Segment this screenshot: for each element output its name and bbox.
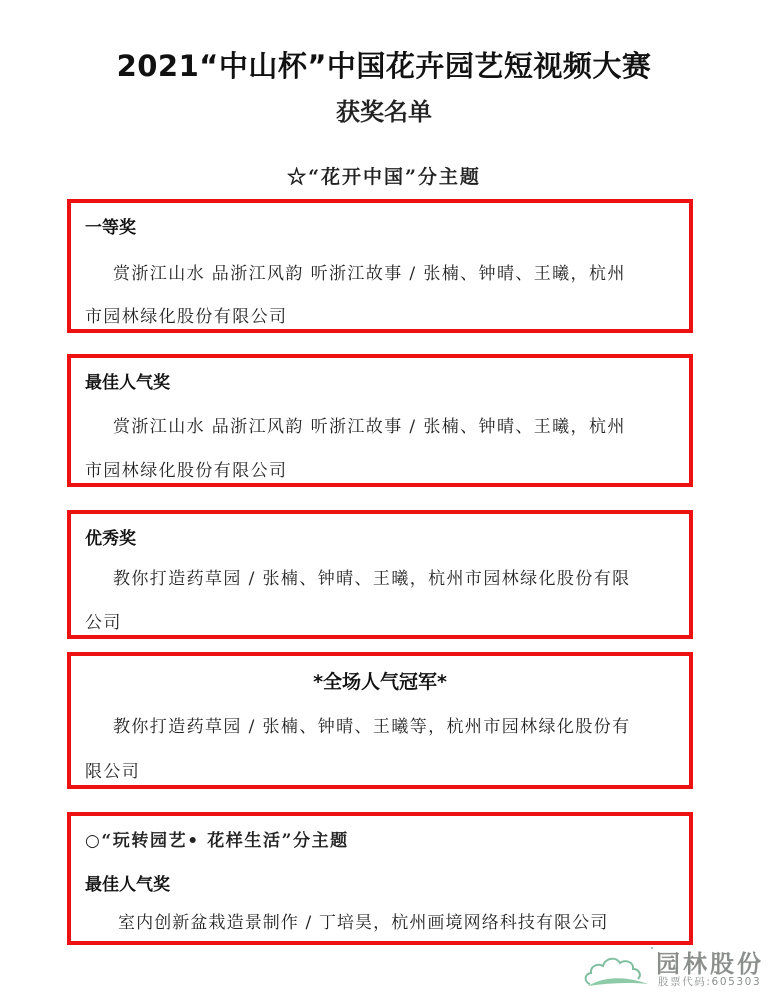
watermark-logo: 园林股份 股票代码:605303 — [580, 944, 768, 992]
award-title: 一等奖 — [85, 213, 136, 238]
award-title: 最佳人气奖 — [85, 368, 170, 393]
entry-line-continued: 市园林绿化股份有限公司 — [85, 302, 287, 327]
entry-line-continued: 市园林绿化股份有限公司 — [85, 456, 287, 481]
award-box-theme2: ○“玩转园艺• 花样生活”分主题 最佳人气奖 室内创新盆栽造景制作 / 丁培昊，… — [67, 812, 693, 945]
award-box-popularity: 最佳人气奖 赏浙江山水 品浙江风韵 听浙江故事 / 张楠、钟晴、王曦，杭州 市园… — [67, 354, 693, 487]
watermark-stock-code: 股票代码:605303 — [658, 974, 761, 989]
award-title: *全场人气冠军* — [71, 667, 689, 694]
entry-line: 教你打造药草园 / 张楠、钟晴、王曦等，杭州市园林绿化股份有 — [113, 712, 631, 737]
entry-line: 赏浙江山水 品浙江风韵 听浙江故事 / 张楠、钟晴、王曦，杭州 — [113, 259, 626, 284]
entry-line-continued: 限公司 — [85, 757, 140, 782]
page-subtitle: 获奖名单 — [0, 92, 768, 127]
theme-heading-gardening-life: ○“玩转园艺• 花样生活”分主题 — [85, 826, 349, 851]
award-box-first-prize: 一等奖 赏浙江山水 品浙江风韵 听浙江故事 / 张楠、钟晴、王曦，杭州 市园林绿… — [67, 199, 693, 333]
cloud-leaf-icon — [582, 946, 654, 990]
award-title: 最佳人气奖 — [85, 870, 170, 895]
page-title: 2021“中山杯”中国花卉园艺短视频大赛 — [0, 44, 768, 85]
award-title: 优秀奖 — [85, 524, 136, 549]
entry-line: 教你打造药草园 / 张楠、钟晴、王曦，杭州市园林绿化股份有限 — [113, 564, 631, 589]
award-box-excellence: 优秀奖 教你打造药草园 / 张楠、钟晴、王曦，杭州市园林绿化股份有限 公司 — [67, 510, 693, 639]
theme-heading-huakai: ☆“花开中国”分主题 — [0, 162, 768, 189]
entry-line: 室内创新盆栽造景制作 / 丁培昊，杭州画境网络科技有限公司 — [118, 908, 608, 933]
entry-line-continued: 公司 — [85, 608, 122, 633]
entry-line: 赏浙江山水 品浙江风韵 听浙江故事 / 张楠、钟晴、王曦，杭州 — [113, 412, 626, 437]
award-box-overall-champion: *全场人气冠军* 教你打造药草园 / 张楠、钟晴、王曦等，杭州市园林绿化股份有 … — [67, 652, 693, 789]
